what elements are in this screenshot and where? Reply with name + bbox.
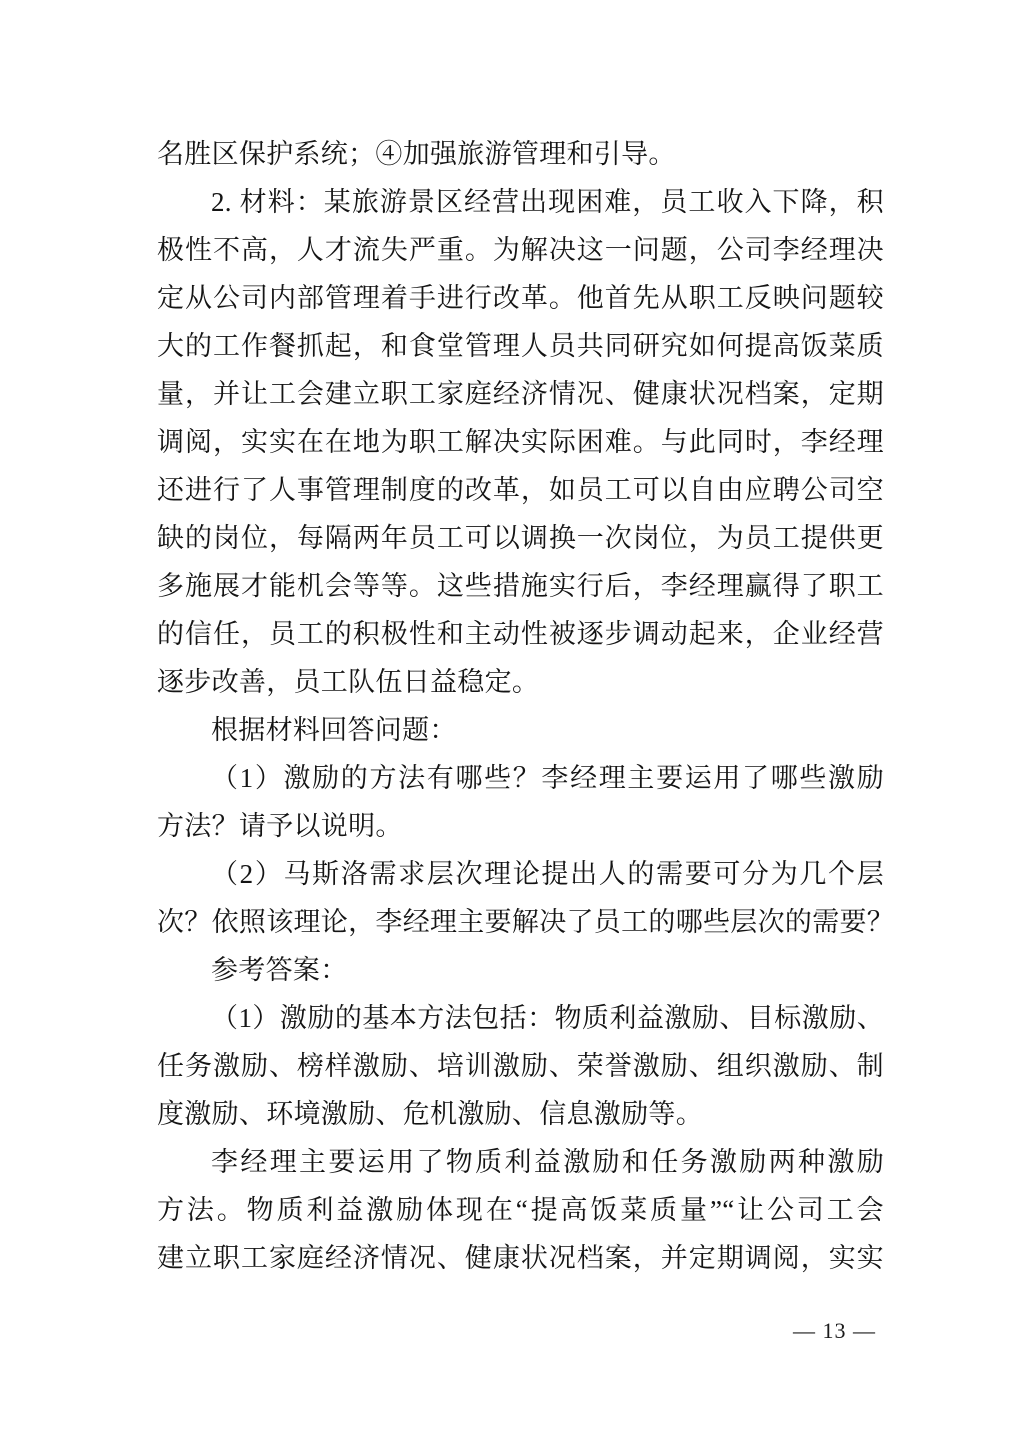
page-number: — 13 — [793,1318,876,1343]
text-line: 2. 材料：某旅游景区经营出现困难，员工收入下降，积 [157,178,884,226]
text-line: 调阅，实实在在地为职工解决实际困难。与此同时，李经理 [157,418,884,466]
text-line: （2）马斯洛需求层次理论提出人的需要可分为几个层 [157,850,884,898]
text-line: 极性不高，人才流失严重。为解决这一问题，公司李经理决 [157,226,884,274]
page-footer: — 13 — [793,1316,876,1346]
text-line: 任务激励、榜样激励、培训激励、荣誉激励、组织激励、制 [157,1042,884,1090]
text-line: 次？依照该理论，李经理主要解决了员工的哪些层次的需要？ [157,898,884,946]
text-line: 方法？请予以说明。 [157,802,884,850]
text-line: 李经理主要运用了物质利益激励和任务激励两种激励 [157,1138,884,1186]
text-line: 大的工作餐抓起，和食堂管理人员共同研究如何提高饭菜质 [157,322,884,370]
text-line: 量，并让工会建立职工家庭经济情况、健康状况档案，定期 [157,370,884,418]
document-body: 名胜区保护系统；④加强旅游管理和引导。 2. 材料：某旅游景区经营出现困难，员工… [157,130,884,1282]
text-line: 方法。物质利益激励体现在“提高饭菜质量”“让公司工会 [157,1186,884,1234]
text-line: 名胜区保护系统；④加强旅游管理和引导。 [157,130,884,178]
text-line: 根据材料回答问题： [157,706,884,754]
text-line: 定从公司内部管理着手进行改革。他首先从职工反映问题较 [157,274,884,322]
text-line: 缺的岗位，每隔两年员工可以调换一次岗位，为员工提供更 [157,514,884,562]
text-line: 度激励、环境激励、危机激励、信息激励等。 [157,1090,884,1138]
text-line: 建立职工家庭经济情况、健康状况档案，并定期调阅，实实 [157,1234,884,1282]
text-line: 多施展才能机会等等。这些措施实行后，李经理赢得了职工 [157,562,884,610]
text-line: 还进行了人事管理制度的改革，如员工可以自由应聘公司空 [157,466,884,514]
document-page: 名胜区保护系统；④加强旅游管理和引导。 2. 材料：某旅游景区经营出现困难，员工… [0,0,1024,1447]
text-line: （1）激励的基本方法包括：物质利益激励、目标激励、 [157,994,884,1042]
text-line: 参考答案： [157,946,884,994]
text-line: （1）激励的方法有哪些？李经理主要运用了哪些激励 [157,754,884,802]
text-line: 逐步改善，员工队伍日益稳定。 [157,658,884,706]
text-line: 的信任，员工的积极性和主动性被逐步调动起来，企业经营 [157,610,884,658]
